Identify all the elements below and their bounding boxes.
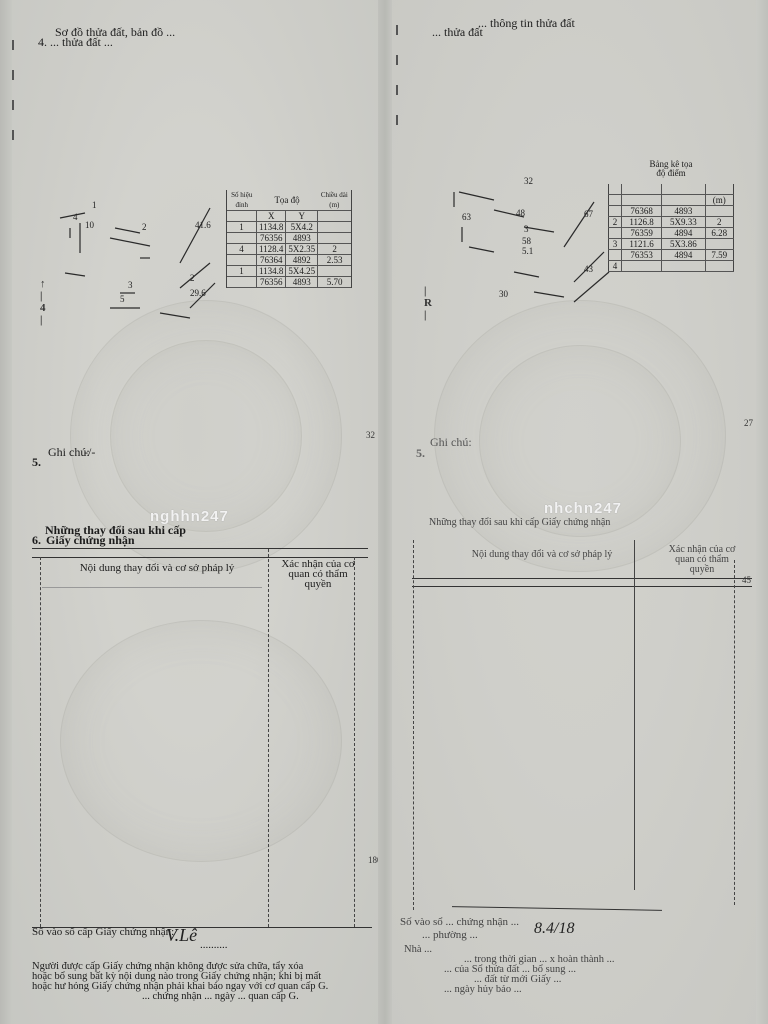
page-gutter bbox=[378, 0, 392, 1024]
stamp-overlay: nhchn247 bbox=[544, 500, 622, 517]
table-row: 7635948946.28 bbox=[609, 228, 734, 239]
table-row: 4 bbox=[609, 261, 734, 272]
changes-table: Nội dung thay đổi và cơ sở pháp lý Xác n… bbox=[412, 570, 768, 920]
svg-text:29.6: 29.6 bbox=[190, 288, 206, 298]
svg-text:58: 58 bbox=[522, 236, 532, 246]
binding-marks bbox=[396, 25, 399, 145]
svg-text:41.6: 41.6 bbox=[195, 220, 211, 230]
svg-text:48: 48 bbox=[516, 208, 526, 218]
changes-title-line2: Giấy chứng nhận bbox=[46, 535, 135, 545]
margin-fragment: 32 bbox=[366, 430, 375, 440]
binding-marks bbox=[12, 40, 15, 160]
left-footer-line1: Số vào sổ cấp Giấy chứng nhận: bbox=[32, 927, 174, 937]
section-number-5: 5. bbox=[416, 448, 425, 458]
changes-col-content: Nội dung thay đổi và cơ sở pháp lý bbox=[442, 550, 642, 560]
right-footer-notes: Nhà ... ... trong thời gian ... x hoàn t… bbox=[404, 945, 615, 995]
notes-label: Ghi chú: bbox=[430, 437, 472, 447]
left-header-line2: 4. ... thửa đất ... bbox=[38, 37, 113, 48]
north-arrow-icon: |R| bbox=[424, 285, 432, 321]
svg-text:5: 5 bbox=[120, 294, 125, 304]
handwritten-number: 8.4/18 bbox=[534, 920, 574, 938]
left-page: Sơ đồ thửa đất, bản đồ ... 4. ... thửa đ… bbox=[0, 0, 384, 1024]
right-page: ... thông tin thửa đất ... thửa đất 32 6… bbox=[384, 0, 768, 1024]
parcel-sketch: 32 63 48 3 58 5.1 30 43 67 bbox=[424, 172, 624, 317]
svg-text:5.1: 5.1 bbox=[522, 246, 533, 256]
svg-text:3: 3 bbox=[128, 280, 133, 290]
sketch-label: 1 bbox=[92, 200, 97, 210]
parcel-sketch: 1 2 3 4 5 10 2 29.6 41.6 bbox=[40, 178, 230, 328]
coordinate-table: Bảng kê tọa độ điểm (m) 763684893 21126.… bbox=[608, 160, 734, 272]
coord-table-subtitle: độ điểm bbox=[608, 169, 734, 178]
table-row: 41128.45X2.352 bbox=[227, 244, 351, 255]
svg-text:43: 43 bbox=[584, 264, 594, 274]
table-row: 11134.85X4.2 bbox=[227, 222, 351, 233]
svg-text:10: 10 bbox=[85, 220, 95, 230]
dotted-line: .......... bbox=[200, 940, 228, 950]
right-header-line1: ... thông tin thửa đất bbox=[478, 18, 575, 29]
north-arrow-icon: ↑|4| bbox=[40, 278, 46, 326]
svg-text:2: 2 bbox=[142, 222, 147, 232]
table-row: 7635648935.70 bbox=[227, 277, 351, 288]
table-row: 763684893 bbox=[609, 206, 734, 217]
section-number-5: 5. bbox=[32, 457, 41, 467]
section-number-6: 6. bbox=[32, 535, 41, 545]
scan-edge-right bbox=[756, 0, 768, 1024]
coordinate-table: Số hiệu đỉnh Tọa độ Chiều dài (m) X Y 11… bbox=[226, 190, 352, 288]
svg-text:2: 2 bbox=[190, 273, 195, 283]
right-footer-line2: ... phường ... bbox=[422, 930, 478, 940]
right-footer-line1: Số vào sổ ... chứng nhận ... bbox=[400, 917, 519, 927]
scan-edge-left bbox=[0, 0, 12, 1024]
right-header-line2: ... thửa đất bbox=[432, 27, 483, 38]
table-row: 7635348947.59 bbox=[609, 250, 734, 261]
col-point: Số hiệu đỉnh bbox=[227, 190, 256, 211]
svg-text:4: 4 bbox=[73, 212, 78, 222]
margin-fragment: 45 bbox=[742, 575, 751, 585]
col-length: Chiều dài (m) bbox=[318, 190, 351, 211]
changes-col-confirm: Xác nhận của cơ quan có thẩm quyền bbox=[278, 559, 358, 589]
svg-text:67: 67 bbox=[584, 209, 594, 219]
table-row: 11134.85X4.25 bbox=[227, 266, 351, 277]
left-footer-notes: Người được cấp Giấy chứng nhận không đượ… bbox=[32, 962, 328, 1002]
svg-text:63: 63 bbox=[462, 212, 472, 222]
table-row: 21126.85X9.332 bbox=[609, 217, 734, 228]
table-row: 31121.65X3.86 bbox=[609, 239, 734, 250]
svg-text:32: 32 bbox=[524, 176, 533, 186]
notes-value: -/- bbox=[84, 447, 95, 457]
table-row: 7636448922.53 bbox=[227, 255, 351, 266]
changes-title: Những thay đổi sau khi cấp Giấy chứng nh… bbox=[429, 518, 610, 528]
margin-fragment: 27 bbox=[744, 418, 753, 428]
table-row: 763564893 bbox=[227, 233, 351, 244]
signature: V.Lê bbox=[166, 925, 197, 946]
changes-col-confirm: Xác nhận của cơ quan có thẩm quyền bbox=[662, 545, 742, 575]
svg-text:30: 30 bbox=[499, 289, 509, 299]
watermark-seal-inner bbox=[110, 340, 302, 532]
col-coord: Tọa độ bbox=[256, 190, 317, 211]
svg-text:3: 3 bbox=[524, 224, 529, 234]
changes-table: Nội dung thay đổi và cơ sở pháp lý Xác n… bbox=[32, 548, 368, 929]
changes-col-content: Nội dung thay đổi và cơ sở pháp lý bbox=[52, 563, 262, 573]
